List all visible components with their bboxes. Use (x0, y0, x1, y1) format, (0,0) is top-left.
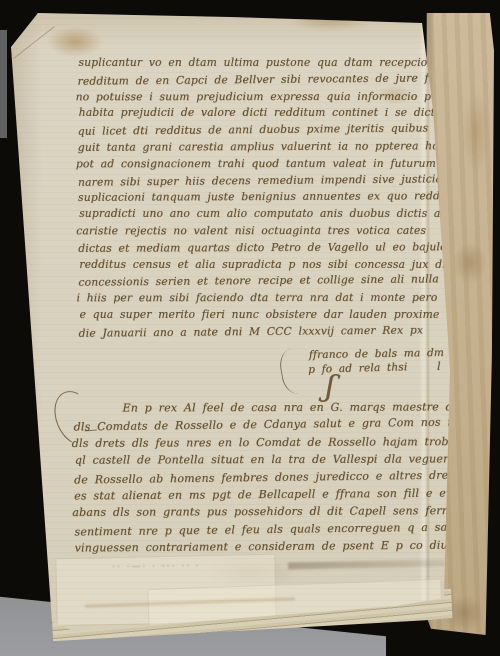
manuscript-line: suplicantur vo en dtam ultima pustone qu… (78, 55, 434, 72)
margin-flourish-icon (47, 385, 103, 451)
repair-patch (55, 554, 276, 627)
manuscript-line: vinguessen contrariament e consideram de… (74, 537, 450, 557)
manuscript-line: de Rossello ab homens fembres dones jure… (74, 466, 450, 488)
text-paragraph-1: suplicantur vo en dtam ultima pustone qu… (77, 54, 434, 341)
manuscript-line: no potuisse i suum prejudicium expressa … (76, 88, 432, 105)
manuscript-page: suplicantur vo en dtam ultima pustone qu… (0, 0, 500, 656)
manuscript-line: redditum de en Capci de Bellver sibi rev… (77, 70, 433, 90)
faded-stain-streak (85, 597, 295, 607)
manuscript-line: sentiment nre p que te el feu als quals … (74, 518, 450, 540)
gutter-fold-highlight (419, 22, 429, 602)
manuscript-line: qui licet dti redditus de anni duobus px… (78, 120, 434, 140)
manuscript-line: e qua super merito fieri nunc obsistere … (80, 307, 436, 324)
faded-text-smear (288, 560, 446, 570)
manuscript-line: caristie rejectis no valent nisi octuagi… (76, 223, 432, 240)
signature-line: ffranco de bals ma dm (309, 346, 444, 362)
faded-text-remnant: ·· ·—· · ··· ·· · (112, 562, 201, 573)
manuscript-line: pot ad consignacionem trahi quod tantum … (76, 156, 432, 173)
manuscript-line: i hiis per eum sibi faciendo dta terra n… (76, 290, 432, 307)
signature-block: ffranco de bals ma dm p fo ad rela thsi (308, 346, 444, 377)
text-paragraph-2: En p rex Al feel de casa nra en G. marqs… (73, 398, 450, 557)
manuscript-photo: suplicantur vo en dtam ultima pustone qu… (0, 0, 500, 656)
manuscript-line: En p rex Al feel de casa nra en G. marqs… (74, 398, 450, 417)
manuscript-line: es stat alienat en ms pgt de Bellcapell … (74, 484, 450, 504)
paraph-flourish-icon: ʃ (324, 372, 336, 403)
signature-line: p fo ad rela thsi (308, 359, 443, 377)
manuscript-line: die Januarii ano a nate dni M CCC lxxxvi… (79, 322, 435, 342)
manuscript-line: abans dls son grants pus possehidors dl … (72, 502, 448, 521)
manuscript-line: supradicti uno ano cum alio computato an… (79, 206, 435, 223)
signature-bracket-icon (277, 346, 314, 396)
manuscript-line: dictas et mediam quartas dicto Petro de … (78, 239, 434, 257)
table-surface-sliver (0, 30, 7, 138)
signature-side-mark: l (437, 360, 441, 373)
manuscript-line: habita prejudicii de valore dicti reddit… (79, 105, 435, 122)
manuscript-line: dls Comdats de Rossello e de Cdanya salu… (73, 414, 449, 436)
manuscript-line: concessionis serien et tenore recipe et … (78, 272, 434, 292)
manuscript-line: narem sibi super hiis decens remedium im… (78, 171, 434, 191)
manuscript-line: redditus census et alia supradicta p nos… (79, 257, 435, 274)
manuscript-line: dls drets dls feus nres en lo Comdat de … (72, 433, 448, 452)
manuscript-line: guit tanta grani carestia amplius valuer… (78, 138, 434, 156)
manuscript-line: suplicacioni tanquam juste benignius ann… (78, 189, 434, 207)
manuscript-line: ql castell de Pontella situat en la tra … (75, 451, 451, 470)
